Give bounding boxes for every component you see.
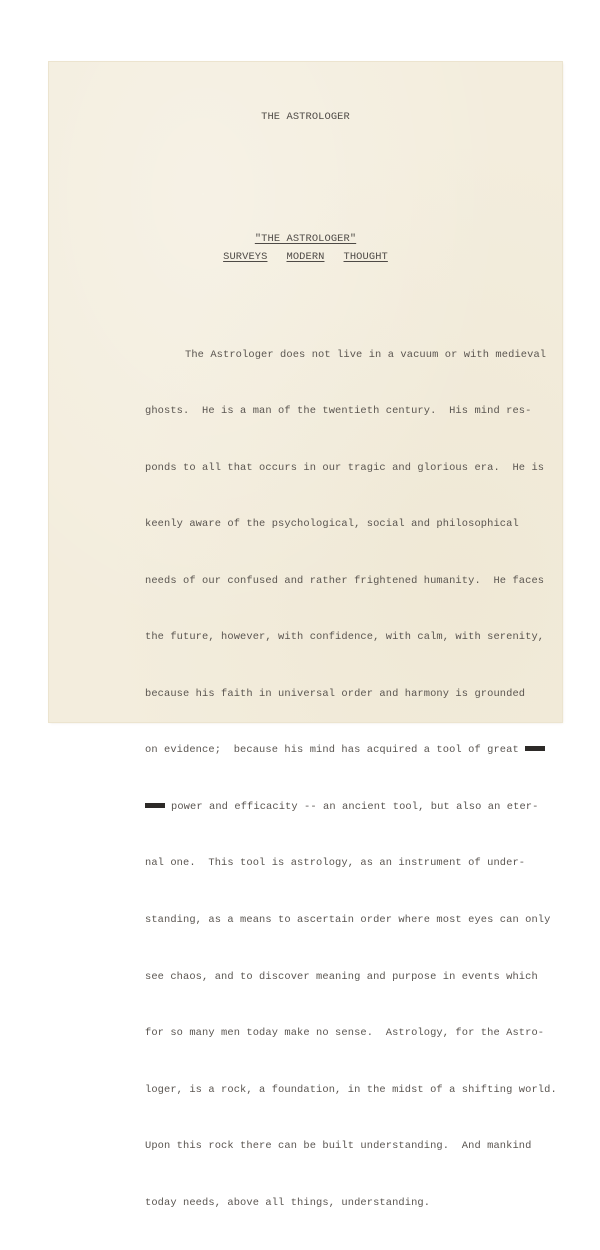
body-line: ghosts. He is a man of the twentieth cen…: [145, 402, 557, 421]
body-line: keenly aware of the psychological, socia…: [145, 515, 557, 534]
body-line: the future, however, with confidence, wi…: [145, 628, 557, 647]
document-title: THE ASTROLOGER: [49, 111, 562, 123]
heading-word-1: SURVEYS: [223, 251, 267, 263]
heading-word-3: THOUGHT: [344, 251, 388, 263]
heading-word-2: MODERN: [286, 251, 324, 263]
body-line: needs of our confused and rather frighte…: [145, 572, 557, 591]
typewritten-page: THE ASTROLOGER "THE ASTROLOGER" SURVEYS …: [49, 62, 562, 722]
body-line: because his faith in universal order and…: [145, 685, 557, 704]
struck-out-mark: [525, 746, 545, 751]
body-paragraph: The Astrologer does not live in a vacuum…: [145, 308, 557, 785]
heading-subtitle: SURVEYS MODERN THOUGHT: [49, 251, 562, 263]
body-line: The Astrologer does not live in a vacuum…: [145, 346, 557, 365]
body-line: ponds to all that occurs in our tragic a…: [145, 459, 557, 478]
body-line: on evidence; because his mind has acquir…: [145, 741, 557, 760]
heading-quoted-title: "THE ASTROLOGER": [49, 233, 562, 245]
heading-quoted-title-text: "THE ASTROLOGER": [255, 233, 356, 245]
